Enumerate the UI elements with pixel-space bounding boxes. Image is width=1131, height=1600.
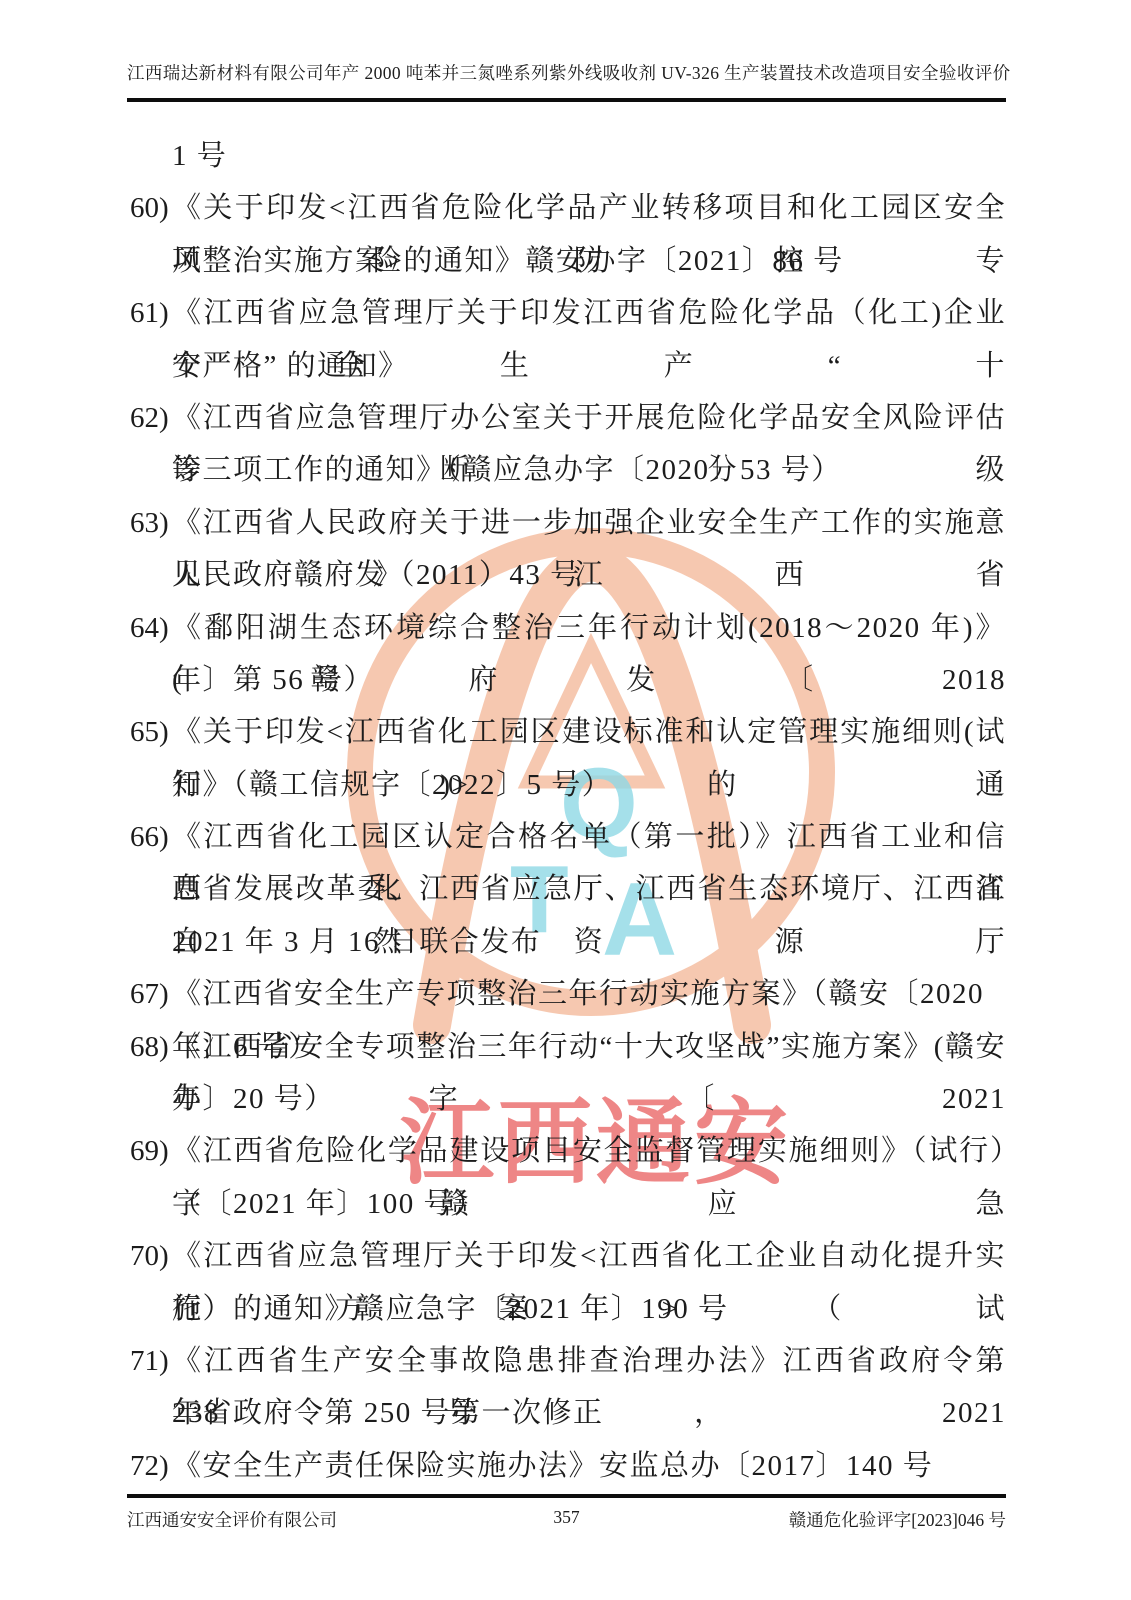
list-item-line: 知》（赣工信规字〔2022〕5 号）: [0, 759, 1131, 811]
list-item-line: 63)《江西省人民政府关于进一步加强企业安全生产工作的实施意见》江西省: [0, 497, 1131, 549]
item-number: 64): [130, 602, 169, 654]
list-item-line: 68)《江西省安全专项整治三年行动“十大攻坚战”实施方案》(赣安办字〔2021: [0, 1021, 1131, 1073]
list-item-line: 字〔2021 年〕100 号）: [0, 1178, 1131, 1230]
item-text: 知》（赣工信规字〔2022〕5 号）: [172, 769, 612, 801]
item-text: 字〔2021 年〕100 号）: [172, 1188, 485, 1220]
item-number: 69): [130, 1125, 169, 1177]
list-item-line: 行）的通知》赣应急字〔2021 年〕190 号: [0, 1283, 1131, 1335]
item-text: 《安全生产责任保险实施办法》安监总办〔2017〕140 号: [172, 1450, 933, 1482]
item-number: 72): [130, 1440, 169, 1492]
document-page: Q T A 江西通安 江西瑞达新材料有限公司年产 2000 吨苯并三氮唑系列紫外…: [0, 0, 1131, 1600]
page-header-title: 江西瑞达新材料有限公司年产 2000 吨苯并三氮唑系列紫外线吸收剂 UV-326…: [127, 63, 1011, 83]
list-item-line: 62)《江西省应急管理厅办公室关于开展危险化学品安全风险评估诊断分级: [0, 392, 1131, 444]
item-number: 62): [130, 392, 169, 444]
item-number: 66): [130, 811, 169, 863]
list-item-line: 69)《江西省危险化学品建设项目安全监督管理实施细则》（试行）（赣应急: [0, 1125, 1131, 1177]
list-item-line: 年〕第 56 号）: [0, 654, 1131, 706]
list-item-line: 年省政府令第 250 号第一次修正: [0, 1387, 1131, 1439]
item-number: 68): [130, 1021, 169, 1073]
list-item-line: 60)《关于印发<江西省危险化学品产业转移项目和化工园区安全风险防控专: [0, 182, 1131, 234]
item-text: 2021 年 3 月 16 日联合发布: [172, 926, 541, 958]
list-item-line: 72)《安全生产责任保险实施办法》安监总办〔2017〕140 号: [0, 1440, 1131, 1492]
list-item-line: 等三项工作的通知》（赣应急办字〔2020〕53 号）: [0, 444, 1131, 496]
item-text: 个严格” 的通知》: [172, 350, 409, 382]
list-item-line: 66)《江西省化工园区认定合格名单（第一批）》江西省工业和信息化厅、江: [0, 811, 1131, 863]
list-item-line: 西省发展改革委、江西省应急厅、江西省生态环境厅、江西省自然资源厅: [0, 863, 1131, 915]
page-footer-row: 江西通安安全评价有限公司 357 赣通危化验评字[2023]046 号: [127, 1507, 1006, 1533]
list-item-line: 个严格” 的通知》: [0, 340, 1131, 392]
item-number: 70): [130, 1230, 169, 1282]
item-text: 等三项工作的通知》（赣应急办字〔2020〕53 号）: [172, 454, 842, 486]
item-text: 年〕20 号）: [172, 1083, 335, 1115]
list-item-line: 64)《鄱阳湖生态环境综合整治三年行动计划(2018～2020 年)》(赣府发〔…: [0, 602, 1131, 654]
list-item-line: 61)《江西省应急管理厅关于印发江西省危险化学品（化工)企业安全生产“十: [0, 287, 1131, 339]
list-item-line: 年〕20 号）: [0, 1073, 1131, 1125]
reference-list: 1 号60)《关于印发<江西省危险化学品产业转移项目和化工园区安全风险防控专项整…: [0, 130, 1131, 1492]
page-header: 江西瑞达新材料有限公司年产 2000 吨苯并三氮唑系列紫外线吸收剂 UV-326…: [127, 60, 1006, 102]
list-item-line: 65)《关于印发<江西省化工园区建设标准和认定管理实施细则(试行)>的通: [0, 706, 1131, 758]
item-number: 65): [130, 706, 169, 758]
item-text: 人民政府赣府发（2011）43 号: [172, 559, 581, 591]
item-text: 年省政府令第 250 号第一次修正: [172, 1397, 604, 1429]
list-item-line: 71)《江西省生产安全事故隐患排查治理办法》江西省政府令第 238 号，2021: [0, 1335, 1131, 1387]
list-item-line: 67)《江西省安全生产专项整治三年行动实施方案》（赣安〔2020 年〕6 号）: [0, 968, 1131, 1020]
list-item-line: 1 号: [0, 130, 1131, 182]
item-number: 60): [130, 182, 169, 234]
page-footer: 江西通安安全评价有限公司 357 赣通危化验评字[2023]046 号: [127, 1494, 1006, 1533]
list-item-line: 项整治实施方案>的通知》赣安办字〔2021〕86 号: [0, 235, 1131, 287]
item-text: 1 号: [172, 140, 227, 172]
list-item-line: 2021 年 3 月 16 日联合发布: [0, 916, 1131, 968]
list-item-line: 人民政府赣府发（2011）43 号: [0, 549, 1131, 601]
item-text: 行）的通知》赣应急字〔2021 年〕190 号: [172, 1293, 729, 1325]
item-number: 63): [130, 497, 169, 549]
item-number: 71): [130, 1335, 169, 1387]
item-text: 项整治实施方案>的通知》赣安办字〔2021〕86 号: [172, 245, 844, 277]
footer-doc-number: 赣通危化验评字[2023]046 号: [789, 1507, 1006, 1532]
item-number: 61): [130, 287, 169, 339]
list-item-line: 70)《江西省应急管理厅关于印发<江西省化工企业自动化提升实施方案>（试: [0, 1230, 1131, 1282]
item-number: 67): [130, 968, 169, 1020]
item-text: 年〕第 56 号）: [172, 664, 374, 696]
